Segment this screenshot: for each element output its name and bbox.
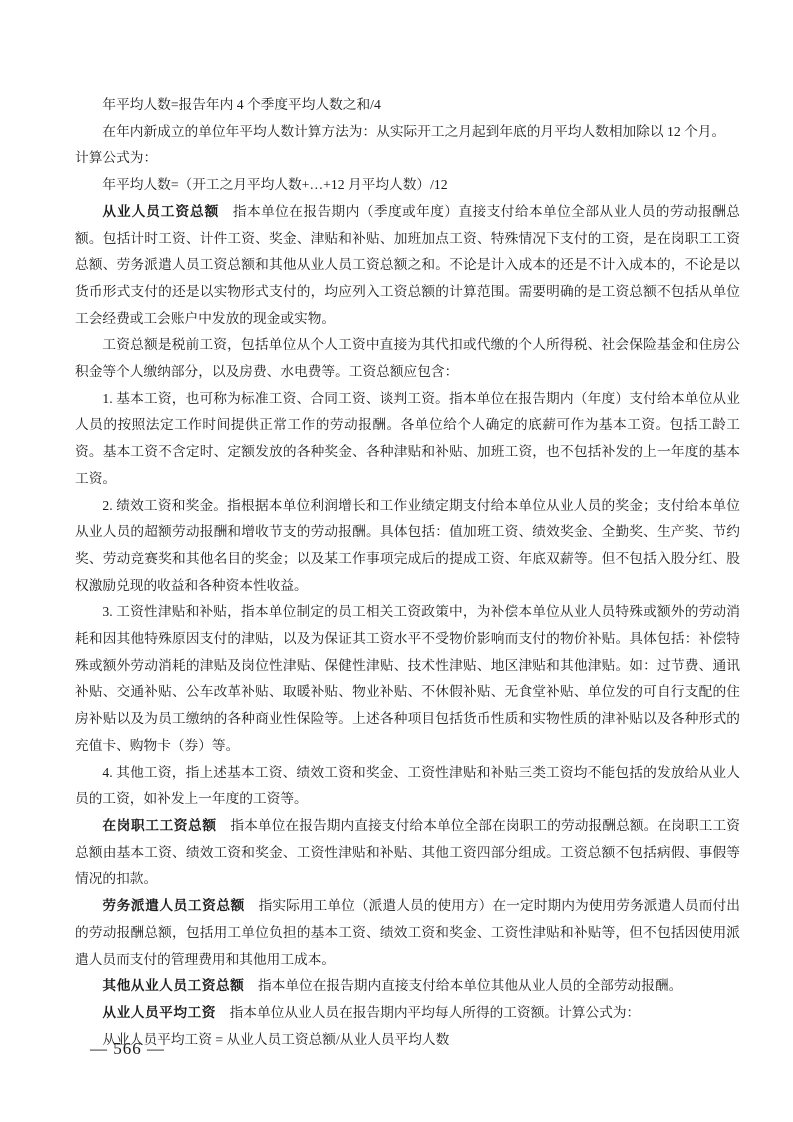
formula-annual-average-new-unit: 年平均人数=（开工之月平均人数+…+12 月平均人数）/12 [75,172,740,199]
formula-annual-average-headcount: 年平均人数=报告年内 4 个季度平均人数之和/4 [75,92,740,119]
paragraph-item-4-other-wages: 4. 其他工资，指上述基本工资、绩效工资和奖金、工资性津贴和补贴三类工资均不能包… [75,760,740,813]
paragraph-total-wages-dispatched-workers: 劳务派遣人员工资总额指实际用工单位（派遣人员的使用方）在一定时期内为使用劳务派遣… [75,893,740,973]
paragraph-total-wages-employed-persons: 从业人员工资总额指本单位在报告期内（季度或年度）直接支付给本单位全部从业人员的劳… [75,199,740,333]
page-number: — 566 — [90,1039,165,1059]
paragraph-total-wages-other-employed-persons: 其他从业人员工资总额指本单位在报告期内直接支付给本单位其他从业人员的全部劳动报酬… [75,973,740,1000]
definition-average-wage-employed-persons: 指本单位从业人员在报告期内平均每人所得的工资额。计算公式为： [230,1005,641,1020]
paragraph-item-2-performance-wage-bonus: 2. 绩效工资和奖金。指根据本单位利润增长和工作业绩定期支付给本单位从业人员的奖… [75,493,740,600]
text-block: 年平均人数=报告年内 4 个季度平均人数之和/4 在年内新成立的单位年平均人数计… [75,92,740,1053]
formula-average-wage: 从业人员平均工资 = 从业人员工资总额/从业人员平均人数 [75,1027,740,1054]
paragraph-average-wage-employed-persons: 从业人员平均工资指本单位从业人员在报告期内平均每人所得的工资额。计算公式为： [75,1000,740,1027]
paragraph-item-3-allowances-subsidies: 3. 工资性津贴和补贴，指本单位制定的员工相关工资政策中，为补偿本单位从业人员特… [75,599,740,759]
paragraph-item-1-basic-wage: 1. 基本工资，也可称为标准工资、合同工资、谈判工资。指本单位在报告期内（年度）… [75,386,740,493]
term-total-wages-dispatched-workers: 劳务派遣人员工资总额 [102,898,245,913]
paragraph-formula-lead-in: 计算公式为： [75,145,740,172]
paragraph-total-wages-on-post-staff: 在岗职工工资总额指本单位在报告期内直接支付给本单位全部在岗职工的劳动报酬总额。在… [75,813,740,893]
paragraph-pretax-wages: 工资总额是税前工资，包括单位从个人工资中直接为其代扣或代缴的个人所得税、社会保险… [75,332,740,385]
term-total-wages-other-employed-persons: 其他从业人员工资总额 [102,978,244,993]
term-total-wages-on-post-staff: 在岗职工工资总额 [102,818,216,833]
term-average-wage-employed-persons: 从业人员平均工资 [102,1005,216,1020]
paragraph-new-unit-method: 在年内新成立的单位年平均人数计算方法为：从实际开工之月起到年底的月平均人数相加除… [75,119,740,146]
definition-total-wages-other-employed-persons: 指本单位在报告期内直接支付给本单位其他从业人员的全部劳动报酬。 [258,978,682,993]
document-page: 年平均人数=报告年内 4 个季度平均人数之和/4 在年内新成立的单位年平均人数计… [0,0,793,1122]
term-total-wages-employed-persons: 从业人员工资总额 [102,204,219,219]
definition-total-wages-employed-persons: 指本单位在报告期内（季度或年度）直接支付给本单位全部从业人员的劳动报酬总额。包括… [75,204,740,326]
